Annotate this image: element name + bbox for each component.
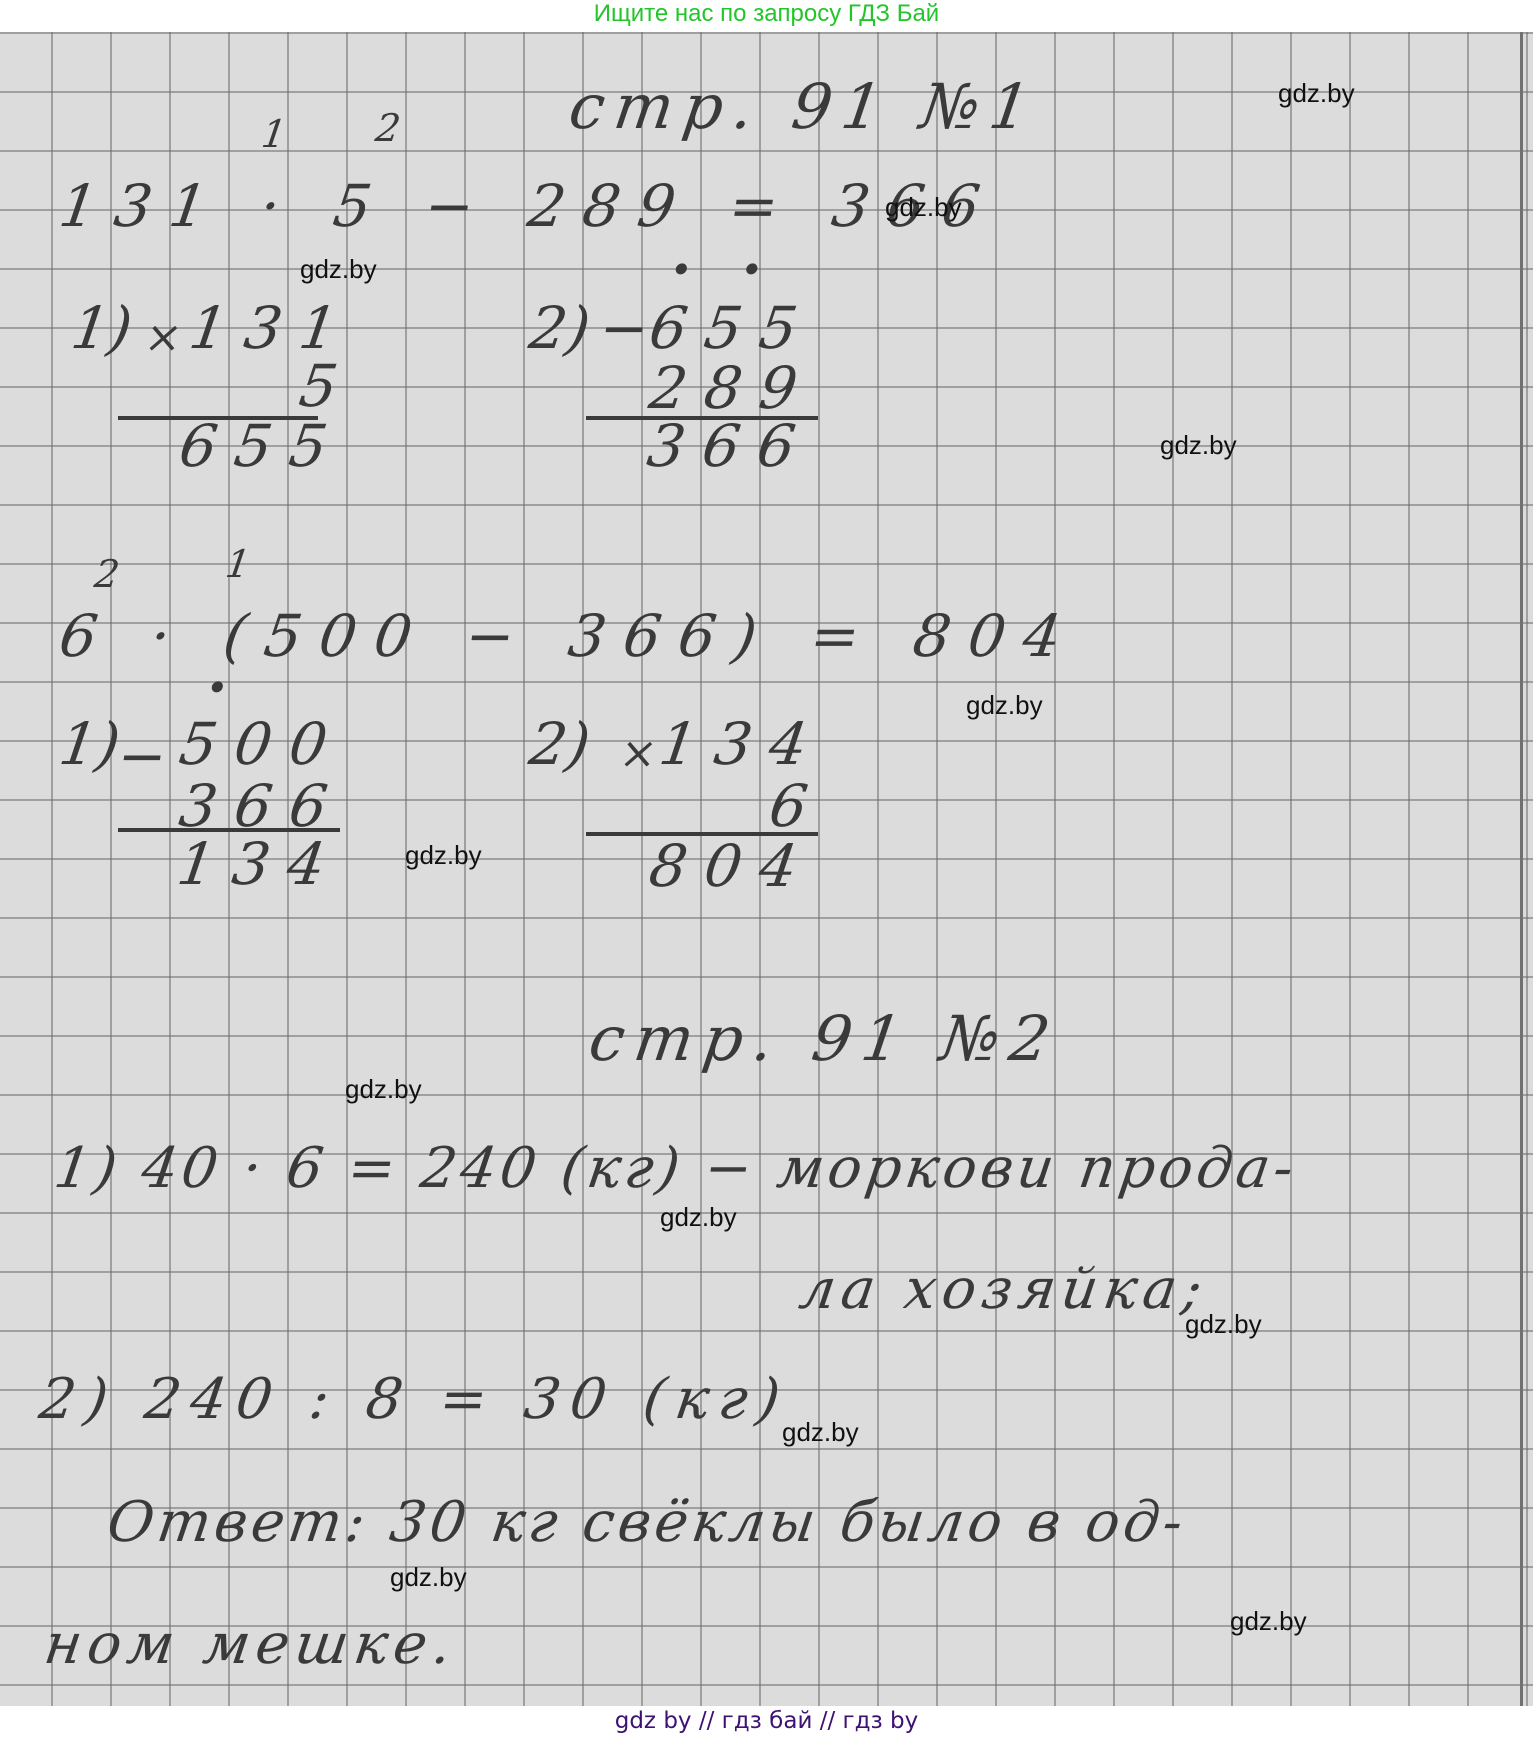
expr2-step1-result: 134 — [173, 830, 347, 898]
expr2-equation: 6 · (500 − 366) = 804 — [55, 602, 1083, 670]
expr1-step2-top: 655 — [645, 294, 819, 362]
expr2-step1-top: 500 — [175, 710, 349, 778]
watermark: gdz.by — [660, 1202, 737, 1233]
expr2-step1-carry: • — [203, 666, 232, 710]
watermark: gdz.by — [885, 192, 962, 223]
expr2-step2-top: 134 — [655, 710, 829, 778]
task2-step1-continued: ла хозяйка; — [795, 1257, 1212, 1322]
task2-step2: 2) 240 : 8 = 30 (кг) — [35, 1367, 793, 1432]
top-banner[interactable]: Ищите нас по запросу ГДЗ Бай — [0, 0, 1533, 32]
expr1-step2-result: 366 — [643, 412, 817, 480]
watermark: gdz.by — [1185, 1309, 1262, 1340]
expr1-step1-label: 1) — [67, 294, 136, 362]
expr1-step2-label: 2) — [525, 294, 594, 362]
notebook-page: стр. 91 №1 1 2 131 · 5 − 289 = 366 1) × … — [0, 32, 1533, 1706]
task1-heading: стр. 91 №1 — [565, 70, 1045, 143]
expr1-order-mark-1: 1 — [259, 112, 289, 156]
task2-step1: 1) 40 · 6 = 240 (кг) − моркови прода- — [50, 1136, 1301, 1201]
bottom-banner[interactable]: gdz by // гдз бай // гдз by — [0, 1706, 1533, 1737]
task2-answer: Ответ: 30 кг свёклы было в од- — [103, 1490, 1190, 1555]
expr1-step1-result: 655 — [175, 412, 349, 480]
watermark: gdz.by — [782, 1417, 859, 1448]
expr2-step2-result: 804 — [645, 832, 819, 900]
expr1-step2-carry: • • — [667, 248, 784, 292]
expr1-equation: 131 · 5 − 289 = 366 — [55, 172, 1002, 240]
watermark: gdz.by — [345, 1074, 422, 1105]
expr1-step1-bottom: 5 — [295, 352, 359, 420]
margin-line — [1520, 32, 1523, 1706]
expr2-step1-label: 1) — [55, 710, 124, 778]
expr1-order-mark-2: 2 — [373, 106, 403, 150]
watermark: gdz.by — [1278, 78, 1355, 109]
watermark: gdz.by — [1230, 1606, 1307, 1637]
watermark: gdz.by — [390, 1562, 467, 1593]
watermark: gdz.by — [300, 254, 377, 285]
watermark: gdz.by — [1160, 430, 1237, 461]
watermark: gdz.by — [405, 840, 482, 871]
expr2-step2-bottom: 6 — [765, 772, 829, 840]
expr2-step2-label: 2) — [525, 710, 594, 778]
watermark: gdz.by — [966, 690, 1043, 721]
task2-heading: стр. 91 №2 — [585, 1002, 1065, 1075]
expr2-order-mark-2: 2 — [92, 552, 122, 596]
expr2-order-mark-1: 1 — [223, 542, 253, 586]
task2-answer-continued: ном мешке. — [40, 1612, 461, 1677]
